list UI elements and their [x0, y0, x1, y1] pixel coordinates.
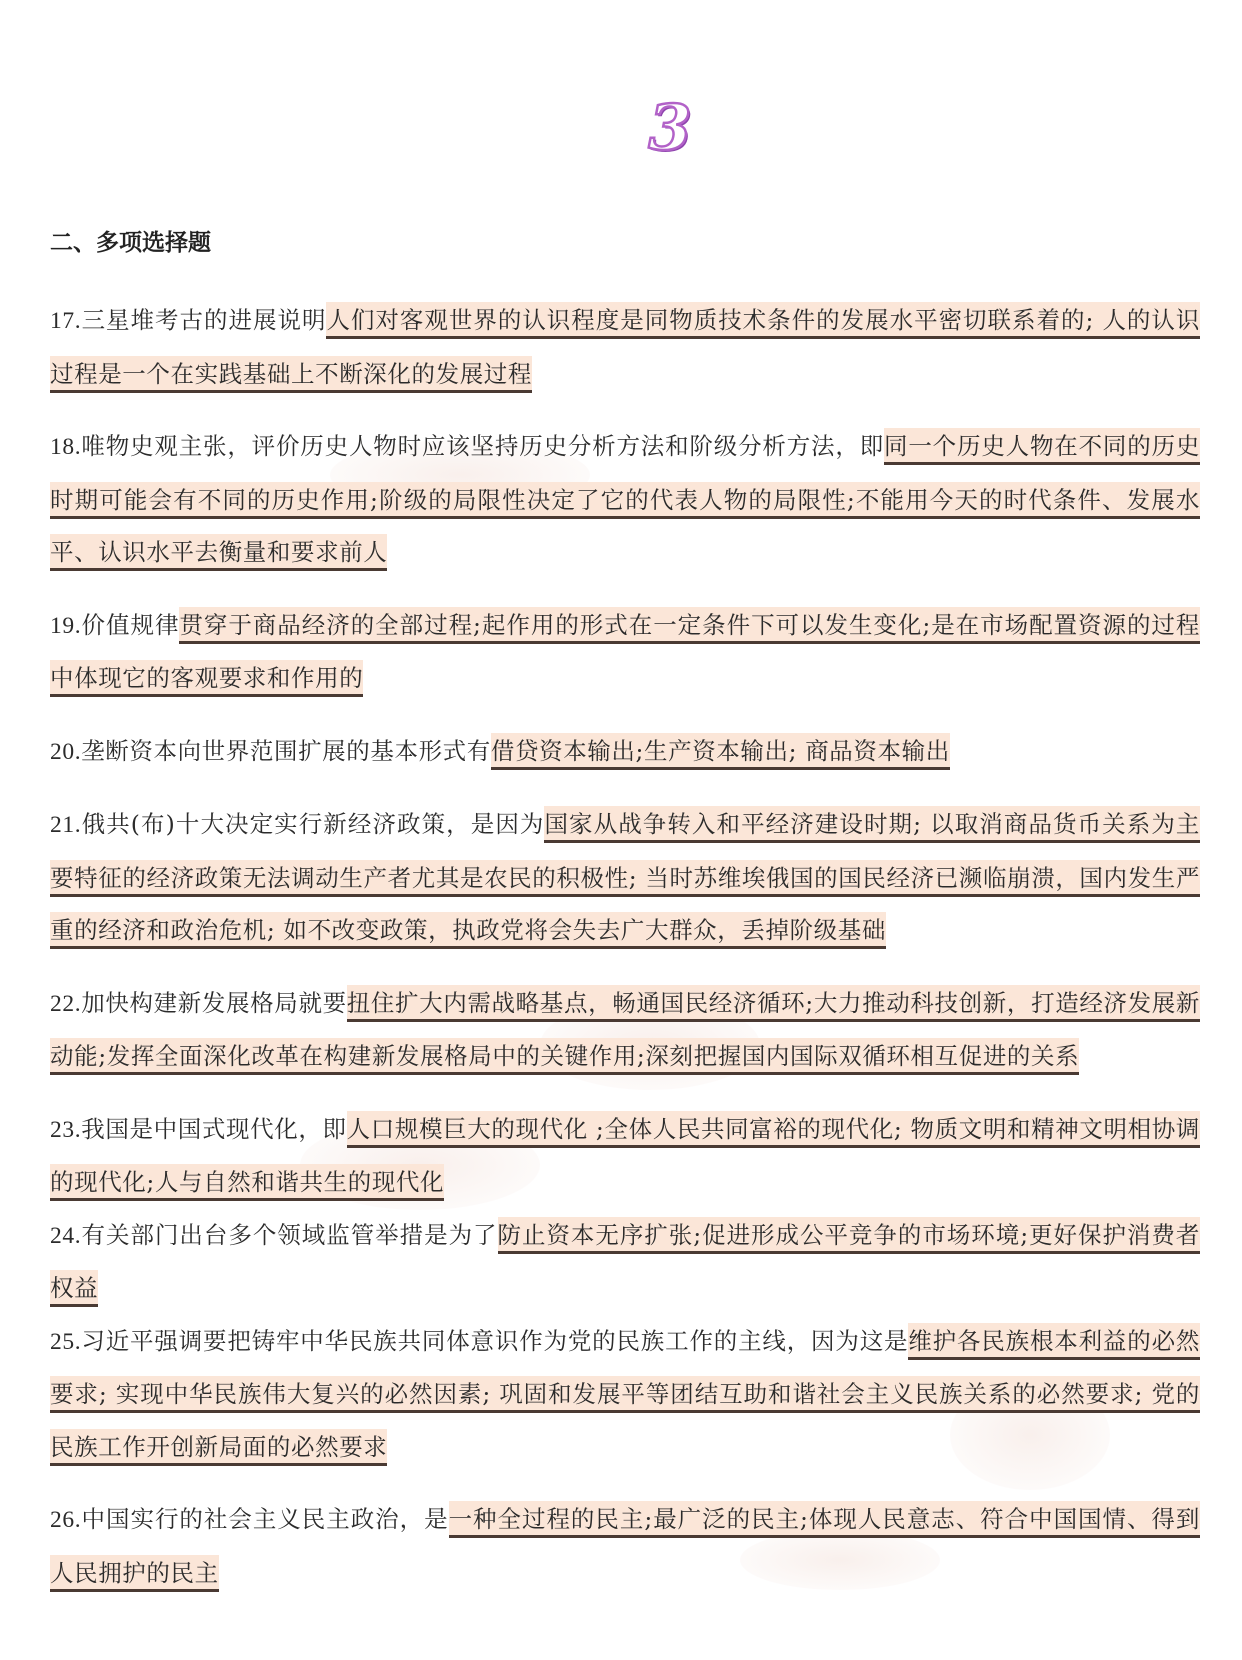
question-stem: 俄共(布)十大决定实行新经济政策，是因为	[81, 810, 544, 838]
question-number: 21.	[50, 812, 81, 838]
question-stem: 三星堆考古的进展说明	[81, 306, 326, 334]
section-title: 二、多项选择题	[50, 224, 211, 257]
question-stem: 价值规律	[81, 611, 179, 639]
question-21: 21.俄共(布)十大决定实行新经济政策，是因为国家从战争转入和平经济建设时期; …	[50, 798, 1200, 957]
question-26: 26.中国实行的社会主义民主政治，是一种全过程的民主;最广泛的民主;体现人民意志…	[50, 1493, 1200, 1599]
question-number: 25.	[50, 1329, 81, 1355]
question-stem: 中国实行的社会主义民主政治，是	[81, 1505, 448, 1533]
question-stem: 习近平强调要把铸牢中华民族共同体意识作为党的民族工作的主线，因为这是	[81, 1327, 908, 1355]
question-number: 26.	[50, 1507, 81, 1533]
question-stem: 加快构建新发展格局就要	[81, 989, 347, 1017]
question-25: 25.习近平强调要把铸牢中华民族共同体意识作为党的民族工作的主线，因为这是维护各…	[50, 1315, 1200, 1474]
answer-highlight: 贯穿于商品经济的全部过程;起作用的形式在一定条件下可以发生变化;是在市场配置资源…	[50, 607, 1200, 698]
question-list: 17.三星堆考古的进展说明人们对客观世界的认识程度是同物质技术条件的发展水平密切…	[50, 294, 1200, 1619]
question-24: 24.有关部门出台多个领域监管举措是为了防止资本无序扩张;促进形成公平竞争的市场…	[50, 1209, 1200, 1315]
question-20: 20.垄断资本向世界范围扩展的基本形式有借贷资本输出;生产资本输出; 商品资本输…	[50, 725, 1200, 779]
question-number: 23.	[50, 1117, 81, 1143]
question-18: 18.唯物史观主张，评价历史人物时应该坚持历史分析方法和阶级分析方法，即同一个历…	[50, 420, 1200, 579]
question-22: 22.加快构建新发展格局就要扭住扩大内需战略基点，畅通国民经济循环;大力推动科技…	[50, 977, 1200, 1083]
question-number: 20.	[50, 739, 81, 765]
question-stem: 我国是中国式现代化，即	[81, 1115, 346, 1143]
question-stem: 垄断资本向世界范围扩展的基本形式有	[81, 737, 491, 765]
question-number: 17.	[50, 308, 81, 334]
question-23: 23.我国是中国式现代化，即人口规模巨大的现代化 ;全体人民共同富裕的现代化; …	[50, 1103, 1200, 1209]
answer-highlight: 借贷资本输出;生产资本输出; 商品资本输出	[491, 733, 950, 770]
question-number: 22.	[50, 991, 81, 1017]
page-number: 3	[640, 92, 700, 164]
question-number: 18.	[50, 434, 81, 460]
question-19: 19.价值规律贯穿于商品经济的全部过程;起作用的形式在一定条件下可以发生变化;是…	[50, 599, 1200, 705]
question-stem: 唯物史观主张，评价历史人物时应该坚持历史分析方法和阶级分析方法，即	[81, 432, 884, 460]
question-number: 24.	[50, 1223, 81, 1249]
question-stem: 有关部门出台多个领域监管举措是为了	[81, 1221, 497, 1249]
question-17: 17.三星堆考古的进展说明人们对客观世界的认识程度是同物质技术条件的发展水平密切…	[50, 294, 1200, 400]
question-number: 19.	[50, 613, 81, 639]
